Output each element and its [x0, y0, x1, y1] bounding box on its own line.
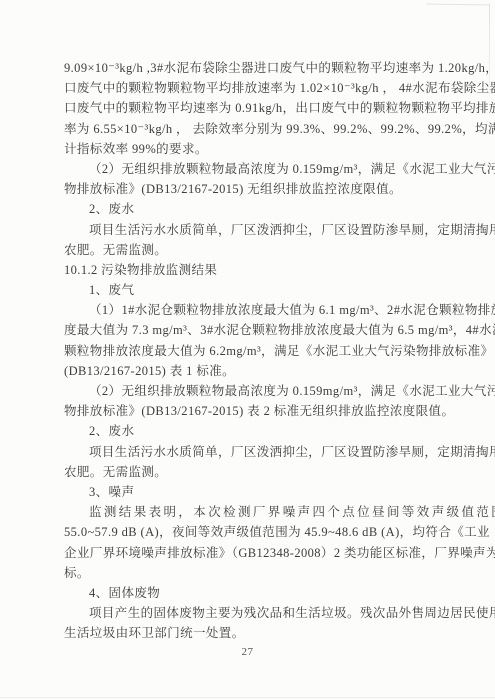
text-line: 监测结果表明，本次检测厂界噪声四个点位昼间等效声级值范围为 — [64, 502, 464, 522]
text-line: (DB13/2167-2015) 表 1 标准。 — [64, 361, 464, 381]
text-line: 55.0~57.9 dB (A)，夜间等效声级值范围为 45.9~48.6 dB… — [64, 522, 464, 542]
text-line: （1）1#水泥仓颗粒物排放浓度最大值为 6.1 mg/m³、2#水泥仓颗粒物排放… — [64, 300, 464, 320]
page-number: 27 — [0, 646, 495, 658]
text-line: 项目生活污水水质简单，厂区泼洒抑尘，厂区设置防渗旱厕，定期清掏用作 — [64, 442, 464, 462]
text-line: 3、噪声 — [64, 482, 464, 502]
scan-edge-top-artifact — [426, 4, 490, 6]
text-line: 企业厂界环境噪声排放标准》（GB12348-2008）2 类功能区标准，厂界噪声… — [64, 543, 464, 563]
text-line: 口废气中的颗粒物颗粒物平均排放速率为 1.02×10⁻³kg/h ， 4#水泥布… — [64, 78, 464, 98]
scanned-page: 9.09×10⁻³kg/h ,3#水泥布袋除尘器进口废气中的颗粒物平均速率为 1… — [0, 0, 495, 700]
text-line: （2）无组织排放颗粒物最高浓度为 0.159mg/m³，满足《水泥工业大气污染 — [64, 381, 464, 401]
text-line: 9.09×10⁻³kg/h ,3#水泥布袋除尘器进口废气中的颗粒物平均速率为 1… — [64, 58, 464, 78]
text-line: 10.1.2 污染物排放监测结果 — [64, 260, 464, 280]
text-line: 2、废水 — [64, 421, 464, 441]
scan-edge-bottom-artifact — [0, 697, 495, 698]
text-line: 度最大值为 7.3 mg/m³、3#水泥仓颗粒物排放浓度最大值为 6.5 mg/… — [64, 320, 464, 340]
text-line: 物排放标准》(DB13/2167-2015) 无组织排放监控浓度限值。 — [64, 179, 464, 199]
text-line: 农肥。无需监测。 — [64, 240, 464, 260]
text-line: 率为 6.55×10⁻³kg/h ， 去除效率分别为 99.3%、99.2%、9… — [64, 119, 464, 139]
text-line: 项目产生的固体废物主要为残次品和生活垃圾。残次品外售周边居民使用， — [64, 603, 464, 623]
text-line: 颗粒物排放浓度最大值为 6.2mg/m³，满足《水泥工业大气污染物排放标准》 — [64, 341, 464, 361]
text-line: 口废气中的颗粒物平均速率为 0.91kg/h，出口废气中的颗粒物颗粒物平均排放速 — [64, 98, 464, 118]
text-line: （2）无组织排放颗粒物最高浓度为 0.159mg/m³，满足《水泥工业大气污染 — [64, 159, 464, 179]
text-line: 2、废水 — [64, 199, 464, 219]
text-line: 项目生活污水水质简单，厂区泼洒抑尘，厂区设置防渗旱厕，定期清掏用作 — [64, 220, 464, 240]
text-line: 1、废气 — [64, 280, 464, 300]
text-line: 计指标效率 99%的要求。 — [64, 139, 464, 159]
text-line: 物排放标准》(DB13/2167-2015) 表 2 标准无组织排放监控浓度限值… — [64, 401, 464, 421]
text-line: 标。 — [64, 563, 464, 583]
text-line: 农肥。无需监测。 — [64, 462, 464, 482]
text-line: 生活垃圾由环卫部门统一处置。 — [64, 623, 464, 643]
text-line: 4、固体废物 — [64, 583, 464, 603]
document-body: 9.09×10⁻³kg/h ,3#水泥布袋除尘器进口废气中的颗粒物平均速率为 1… — [64, 58, 464, 643]
